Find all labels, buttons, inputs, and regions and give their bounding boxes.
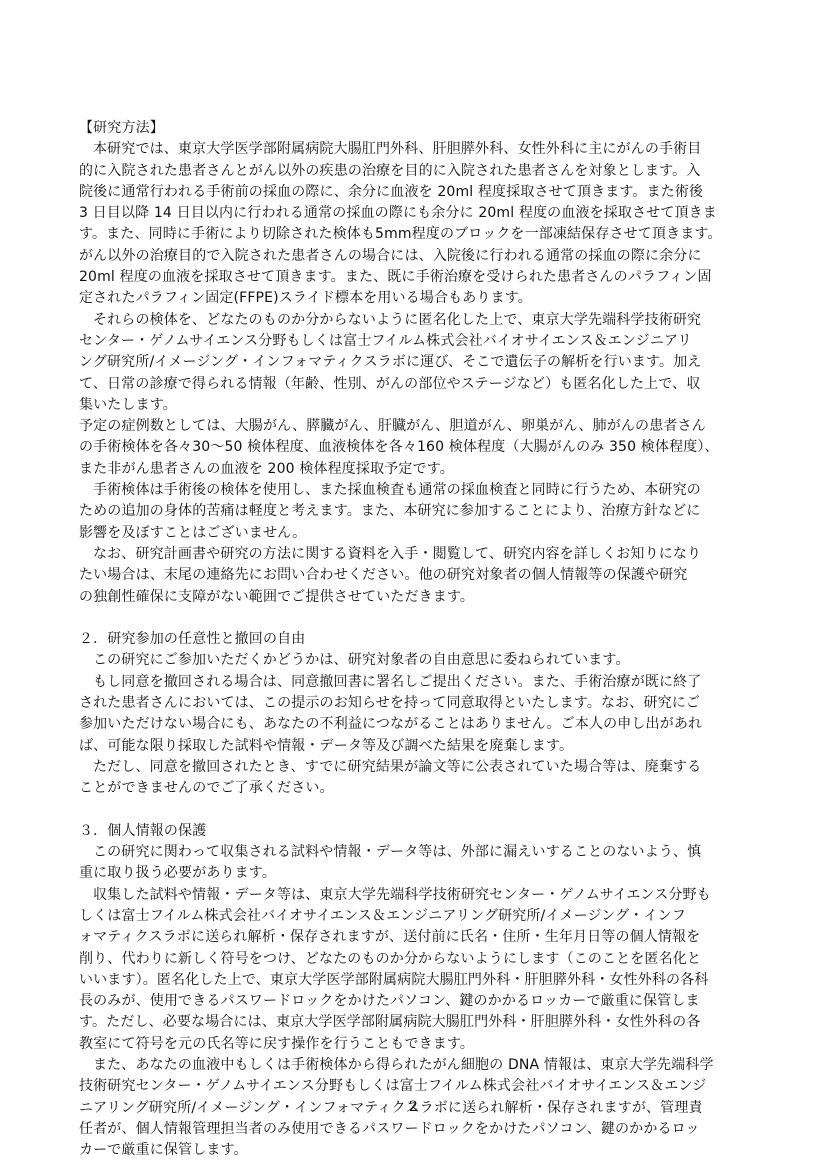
text-line: の手術検体を各々30～50 検体程度、血液検体を各々160 検体程度（大腸がんの… — [79, 437, 759, 458]
text-line: しくは富士フイルム株式会社バイオサイエンス＆エンジニアリング研究所/イメージング… — [79, 906, 759, 927]
spacer — [79, 800, 759, 821]
paragraph: ただし、同意を撤回されたとき、すでに研究結果が論文等に公表されていた場合等は、廃… — [79, 757, 759, 800]
text-line: それらの検体を、どなたのものか分からないように匿名化した上で、東京大学先端科学技… — [79, 310, 759, 331]
text-line: す。ただし、必要な場合には、東京大学医学部附属病院大腸肛門外科・肝胆膵外科・女性… — [79, 1012, 759, 1033]
spacer — [79, 608, 759, 629]
text-line: この研究に関わって収集される試料や情報・データ等は、外部に漏えいすることのないよ… — [79, 842, 759, 863]
text-line: 本研究では、東京大学医学部附属病院大腸肛門外科、肝胆膵外科、女性外科に主にがんの… — [79, 139, 759, 160]
section-voluntary-participation: ２．研究参加の任意性と撤回の自由 この研究にご参加いただくかどうかは、研究対象者… — [79, 629, 759, 799]
text-line: 的に入院された患者さんとがん以外の疾患の治療を目的に入院された患者さんを対象とし… — [79, 161, 759, 182]
section-title: 【研究方法】 — [79, 118, 759, 139]
text-line: 3 日目以降 14 日目以内に行われる通常の採血の際にも余分に 20ml 程度の… — [79, 203, 759, 224]
text-line: カーで厳重に保管します。 — [79, 1140, 759, 1161]
text-line: 長のみが、使用できるパスワードロックをかけたパソコン、鍵のかかるロッカーで厳重に… — [79, 991, 759, 1012]
text-line: ための追加の身体的苦痛は軽度と考えます。また、本研究に参加することにより、治療方… — [79, 501, 759, 522]
text-line: ことができませんのでご了承ください。 — [79, 778, 759, 799]
text-line: 予定の症例数としては、大腸がん、膵臓がん、肝臓がん、胆道がん、卵巣がん、肺がんの… — [79, 416, 759, 437]
text-line: 定されたパラフィン固定(FFPE)スライド標本を用いる場合もあります。 — [79, 288, 759, 309]
text-line: の独創性確保に支障がない範囲でご提供させていただきます。 — [79, 587, 759, 608]
text-line: なお、研究計画書や研究の方法に関する資料を入手・閲覧して、研究内容を詳しくお知り… — [79, 544, 759, 565]
text-line: この研究にご参加いただくかどうかは、研究対象者の自由意思に委ねられています。 — [79, 650, 759, 671]
document-page: 【研究方法】 本研究では、東京大学医学部附属病院大腸肛門外科、肝胆膵外科、女性外… — [79, 118, 759, 1162]
paragraph: それらの検体を、どなたのものか分からないように匿名化した上で、東京大学先端科学技… — [79, 310, 759, 416]
text-line: 技術研究センター・ゲノムサイエンス分野もしくは富士フイルム株式会社バイオサイエン… — [79, 1076, 759, 1097]
paragraph: この研究に関わって収集される試料や情報・データ等は、外部に漏えいすることのないよ… — [79, 842, 759, 885]
text-line: す。また、同時に手術により切除された検体も5mm程度のブロックを一部凍結保存させ… — [79, 224, 759, 245]
text-line: 削り、代わりに新しく符号をつけ、どなたのものか分からないようにします（このことを… — [79, 949, 759, 970]
text-line: 影響を及ぼすことはございません。 — [79, 523, 759, 544]
paragraph: 収集した試料や情報・データ等は、東京大学先端科学技術研究センター・ゲノムサイエン… — [79, 885, 759, 1055]
text-line: された患者さんにおいては、この提示のお知らせを持って同意取得といたします。なお、… — [79, 693, 759, 714]
text-line: ば、可能な限り採取した試料や情報・データ等及び調べた結果を廃棄します。 — [79, 736, 759, 757]
paragraph: なお、研究計画書や研究の方法に関する資料を入手・閲覧して、研究内容を詳しくお知り… — [79, 544, 759, 608]
section-title: ３．個人情報の保護 — [79, 821, 759, 842]
text-line: 教室にて符号を元の氏名等に戻す操作を行うこともできます。 — [79, 1034, 759, 1055]
text-line: 参加いただけない場合にも、あなたの不利益につながることはありません。ご本人の申し… — [79, 714, 759, 735]
text-line: 集いたします。 — [79, 395, 759, 416]
paragraph: 手術検体は手術後の検体を使用し、また採血検査も通常の採血検査と同時に行うため、本… — [79, 480, 759, 544]
paragraph: もし同意を撤回される場合は、同意撤回書に署名しご提出ください。また、手術治療が既… — [79, 672, 759, 757]
text-line: たい場合は、末尾の連絡先にお問い合わせください。他の研究対象者の個人情報等の保護… — [79, 565, 759, 586]
text-line: 重に取り扱う必要があります。 — [79, 863, 759, 884]
text-line: 院後に通常行われる手術前の採血の際に、余分に血液を 20ml 程度採取させて頂き… — [79, 182, 759, 203]
page-number: 2 — [0, 1099, 827, 1115]
text-line: また、あなたの血液中もしくは手術検体から得られたがん細胞の DNA 情報は、東京… — [79, 1055, 759, 1076]
paragraph: 予定の症例数としては、大腸がん、膵臓がん、肝臓がん、胆道がん、卵巣がん、肺がんの… — [79, 416, 759, 480]
section-title: ２．研究参加の任意性と撤回の自由 — [79, 629, 759, 650]
text-line: 任者が、個人情報管理担当者のみ使用できるパスワードロックをかけたパソコン、鍵のか… — [79, 1119, 759, 1140]
paragraph: この研究にご参加いただくかどうかは、研究対象者の自由意思に委ねられています。 — [79, 650, 759, 671]
text-line: ング研究所/イメージング・インフォマティクスラボに運び、そこで遺伝子の解析を行い… — [79, 352, 759, 373]
text-line: いいます）。匿名化した上で、東京大学医学部附属病院大腸肛門外科・肝胆膵外科・女性… — [79, 970, 759, 991]
text-line: 20ml 程度の血液を採取させて頂きます。また、既に手術治療を受けられた患者さん… — [79, 267, 759, 288]
text-line: また非がん患者さんの血液を 200 検体程度採取予定です。 — [79, 459, 759, 480]
text-line: センター・ゲノムサイエンス分野もしくは富士フイルム株式会社バイオサイエンス＆エン… — [79, 331, 759, 352]
text-line: もし同意を撤回される場合は、同意撤回書に署名しご提出ください。また、手術治療が既… — [79, 672, 759, 693]
text-line: ただし、同意を撤回されたとき、すでに研究結果が論文等に公表されていた場合等は、廃… — [79, 757, 759, 778]
text-line: て、日常の診療で得られる情報（年齢、性別、がんの部位やステージなど）も匿名化した… — [79, 374, 759, 395]
text-line: 収集した試料や情報・データ等は、東京大学先端科学技術研究センター・ゲノムサイエン… — [79, 885, 759, 906]
text-line: がん以外の治療目的で入院された患者さんの場合には、入院後に行われる通常の採血の際… — [79, 246, 759, 267]
text-line: ォマティクスラボに送られ解析・保存されますが、送付前に氏名・住所・生年月日等の個… — [79, 927, 759, 948]
paragraph: 本研究では、東京大学医学部附属病院大腸肛門外科、肝胆膵外科、女性外科に主にがんの… — [79, 139, 759, 309]
text-line: 手術検体は手術後の検体を使用し、また採血検査も通常の採血検査と同時に行うため、本… — [79, 480, 759, 501]
section-research-methods: 【研究方法】 本研究では、東京大学医学部附属病院大腸肛門外科、肝胆膵外科、女性外… — [79, 118, 759, 608]
